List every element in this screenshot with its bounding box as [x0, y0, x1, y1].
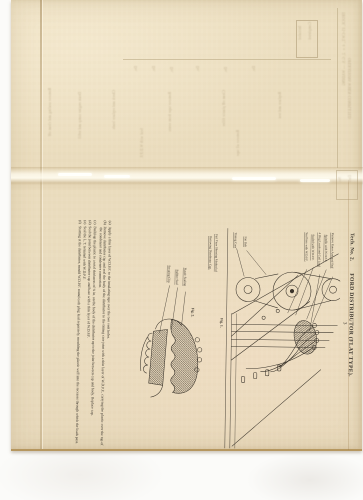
fig1-part-label-fan-belt: Fan Belt: [244, 236, 248, 247]
crease-glint: [104, 175, 130, 178]
instruction-list: (a)Apply a thin layer of W.D.P.F. to the…: [75, 216, 113, 448]
figures-illustration: Remove Rotor Arm and Seal Spindle with W…: [110, 217, 341, 452]
scanned-document-photo: { "page": { "header": { "tech_no": "Tech…: [0, 0, 363, 500]
crease-glint: [58, 173, 92, 176]
fig1-callout-1: Remove Rotor Arm and Seal: [330, 233, 335, 269]
figure-2: Part View Showing Method of Removing Dis…: [140, 233, 219, 398]
fig1-callout-5: Seal here with W.D.P.F.: [304, 232, 308, 262]
fig1-callout-3: 4 Plug Leads and Coil Lead: [317, 232, 321, 267]
tech-number: Tech. No. 2.: [348, 233, 354, 261]
paragraph-text: Seal the L.T. terminal with W.D.P.F.: [82, 226, 87, 279]
crease-glint: [300, 179, 330, 182]
fig1-caption: Fig. 1.: [219, 318, 223, 328]
fig1-callout-4: Sealed with W.D.P.F.: [311, 234, 315, 260]
fig2-label-2: Rubber Seal: [175, 269, 179, 284]
fig1-callout-2: Spindle with W.D.P.F.: [324, 235, 328, 263]
crease-glint: [232, 177, 276, 180]
page-content: Tech. No. 2. FORD DISTRIBUTOR (FLAT TYPE…: [32, 216, 355, 452]
fig2-label-1: Plastic Sealing: [183, 268, 187, 287]
fig2-label-3: Securing Clip: [167, 265, 171, 283]
fig2-caption: Fig. 2.: [191, 308, 195, 318]
fig1-part-label-timing-case: Timing Case: [234, 232, 238, 248]
fig2-heading-line1: Part View Showing Method of: [214, 234, 219, 273]
fig2-heading-line2: Removing Distributor Cap.: [208, 236, 212, 270]
figure-1: Remove Rotor Arm and Seal Spindle with W…: [218, 228, 341, 450]
